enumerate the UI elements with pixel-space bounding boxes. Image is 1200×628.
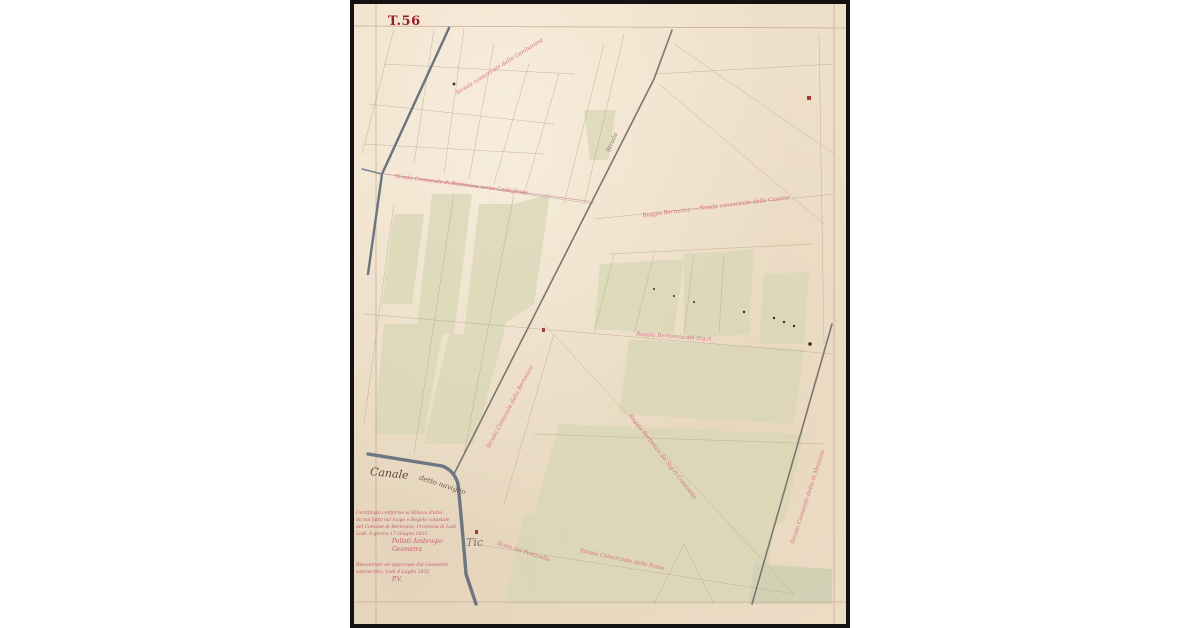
certification-line: Certificata conforme al Rilievo d'atto [356, 510, 456, 517]
signature-name: Pellati Ambrogio [356, 538, 456, 546]
sheet-number-label: T.56 [388, 14, 421, 29]
revision-line: sottoscritto, Lodi 4 Luglio 1832 [356, 569, 456, 576]
revision-initials: P.V. [356, 576, 456, 584]
signature-title: Geometra [356, 546, 456, 554]
revision-line: Riscontrato ed approvato dal Geometra [356, 562, 456, 569]
certification-line: Lodi, li giorno 17 Giugno 1832 [356, 531, 456, 538]
certification-line: del Comune di Bertonico, Provincia di Lo… [356, 524, 456, 531]
certification-block: Certificata conforme al Rilievo d'atto d… [356, 510, 456, 584]
cadastral-map-sheet: T.56 Canale detto naviglio Tic Strada St… [354, 4, 846, 624]
canal-end-label: Tic [466, 536, 483, 549]
certification-line: da noi fatto sul luogo e Regola catastal… [356, 517, 456, 524]
